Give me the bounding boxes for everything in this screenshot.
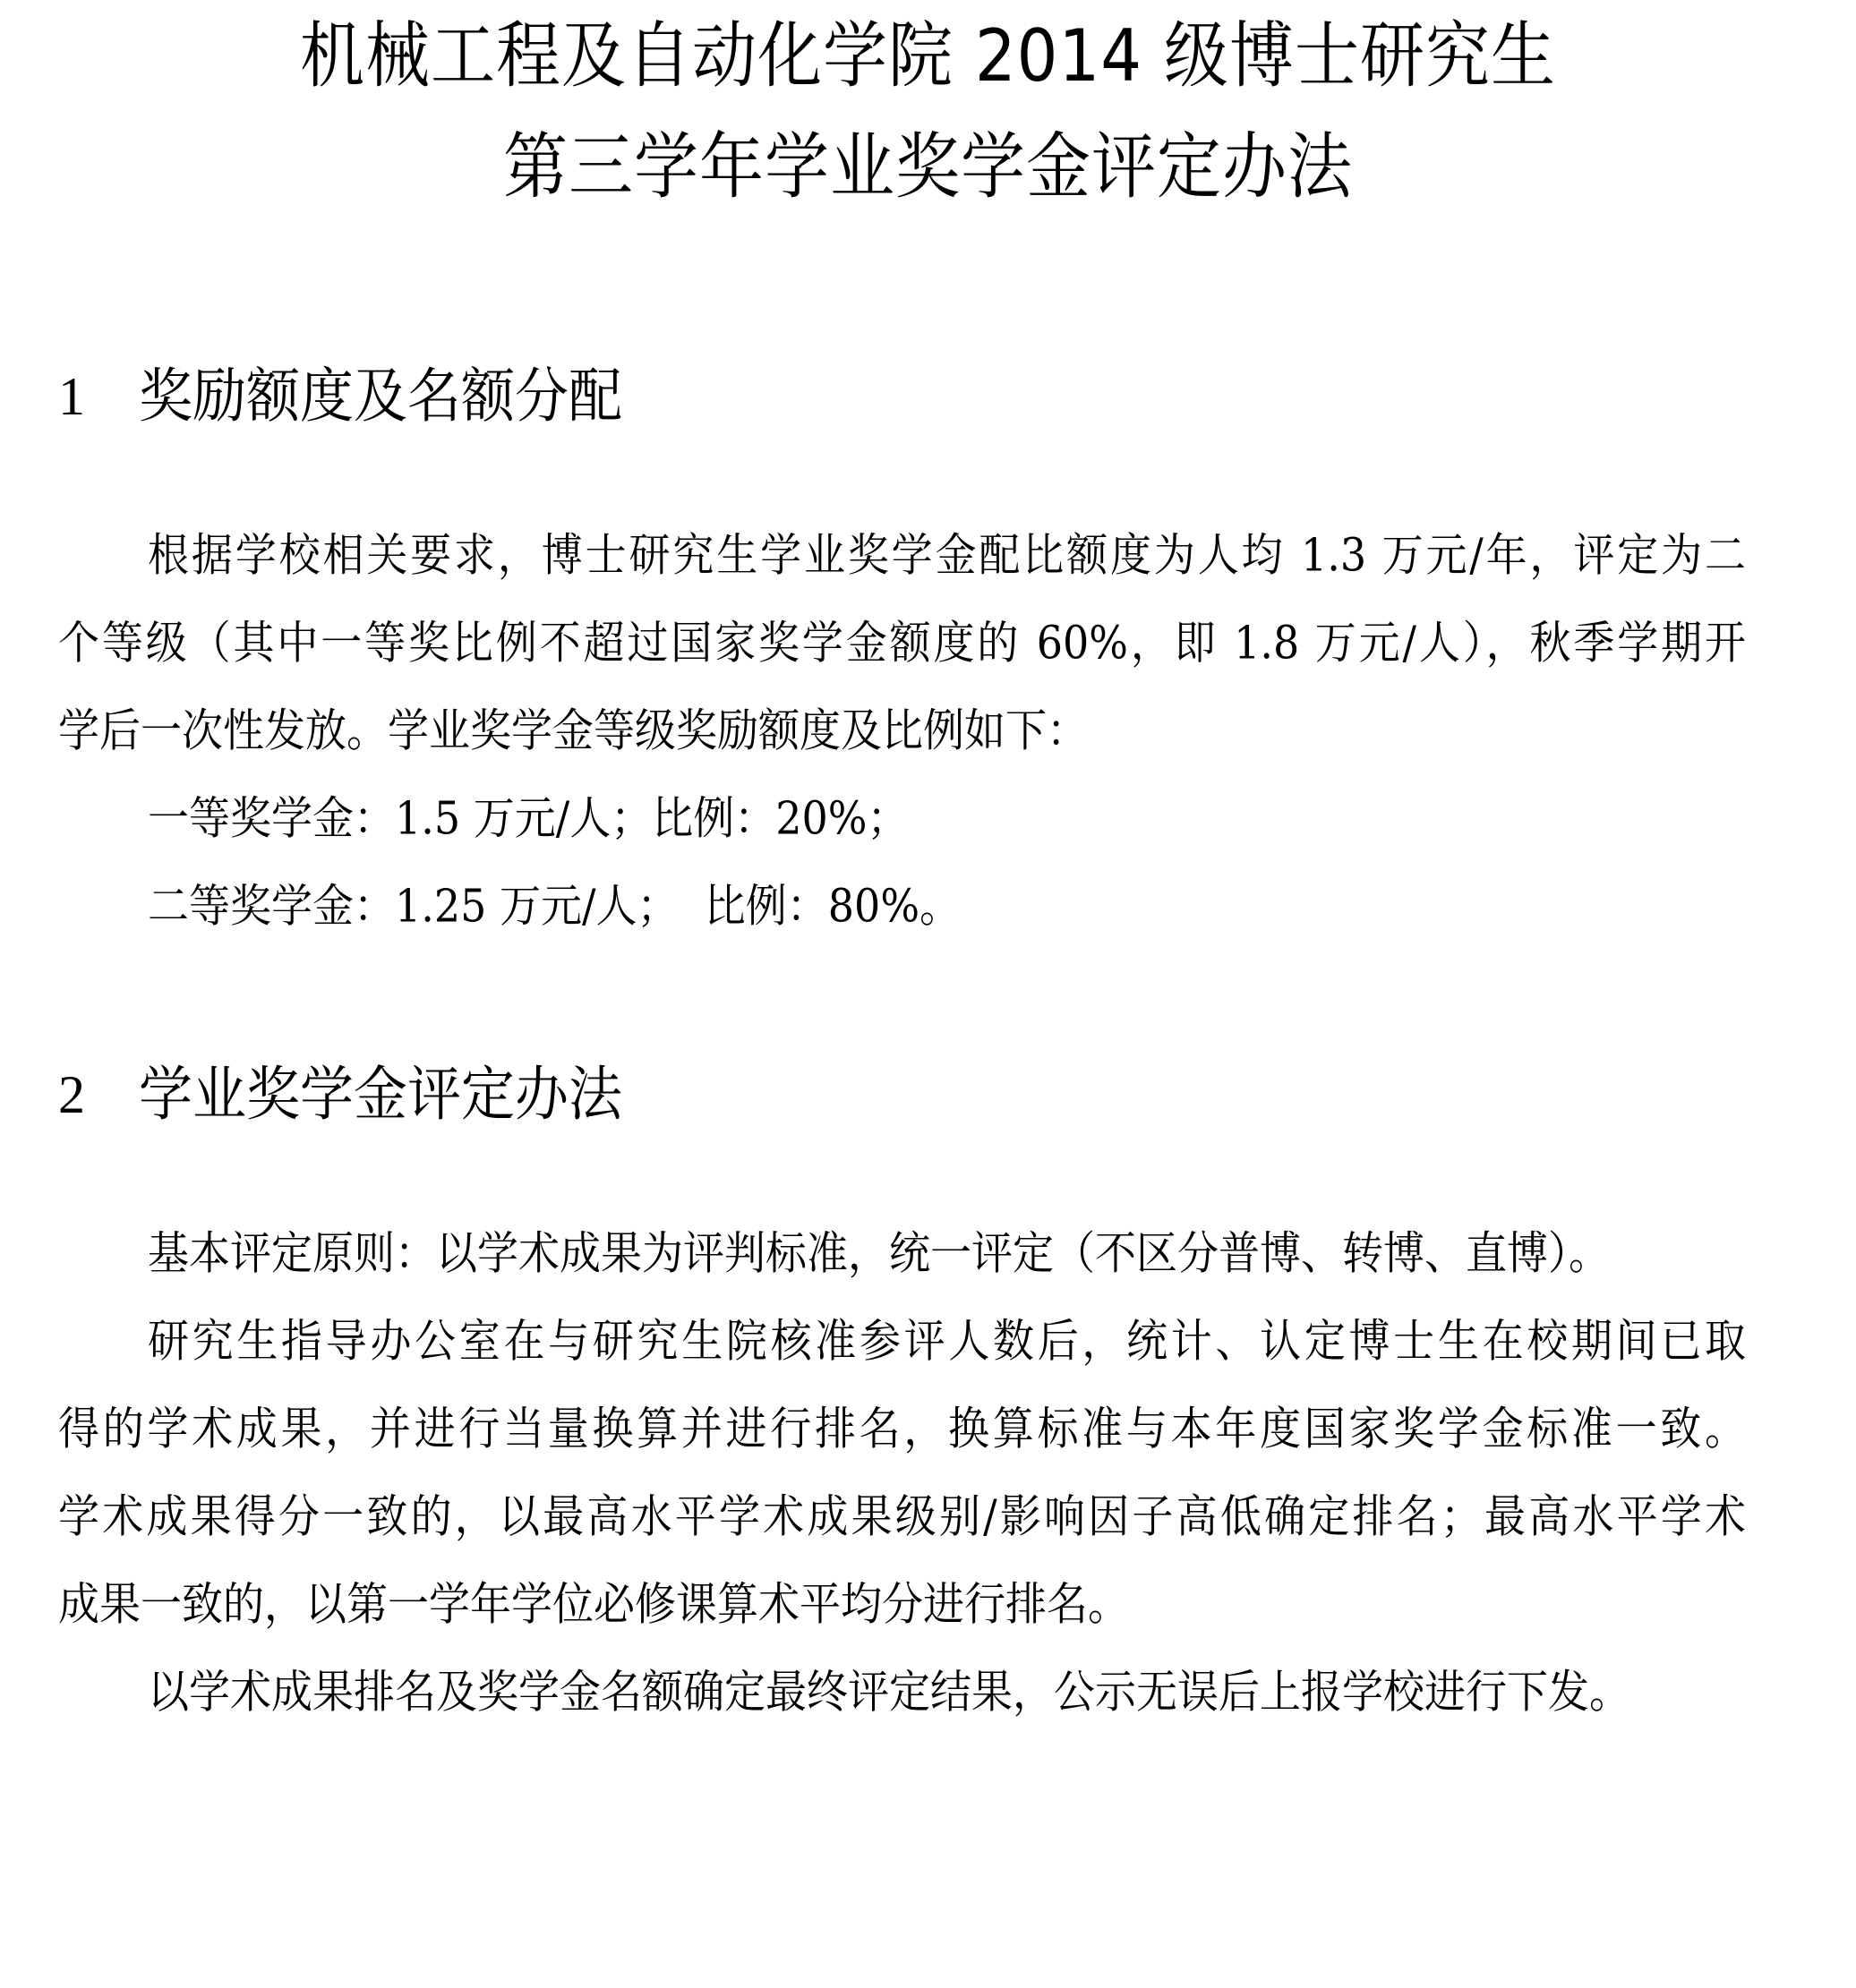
section-2-paragraph-line: 得的学术成果，并进行当量换算并进行排名，换算标准与本年度国家奖学金标准一致。 (58, 1399, 1746, 1458)
section-2-paragraph-line: 以学术成果排名及奖学金名额确定最终评定结果，公示无误后上报学校进行下发。 (58, 1662, 1746, 1721)
section-2-title: 学业奖学金评定办法 (139, 1061, 622, 1130)
section-1-number: 1 (58, 365, 139, 428)
section-2-number: 2 (58, 1063, 139, 1126)
document-title-line-2: 第三学年学业奖学金评定办法 (0, 126, 1856, 207)
section-2-paragraph-line: 学术成果得分一致的，以最高水平学术成果级别/影响因子高低确定排名；最高水平学术 (58, 1487, 1746, 1546)
section-2-paragraph-line: 成果一致的，以第一学年学位必修课算术平均分进行排名。 (58, 1574, 1746, 1634)
section-1-title: 奖励额度及名额分配 (139, 363, 622, 431)
section-1-paragraph-line: 根据学校相关要求，博士研究生学业奖学金配比额度为人均 1.3 万元/年，评定为二 (58, 525, 1746, 584)
section-1-paragraph-line: 学后一次性发放。学业奖学金等级奖励额度及比例如下： (58, 701, 1746, 760)
section-2-paragraph-line: 基本评定原则：以学术成果为评判标准，统一评定（不区分普博、转博、直博）。 (58, 1224, 1746, 1283)
section-2-paragraph-line: 研究生指导办公室在与研究生院核准参评人数后，统计、认定博士生在校期间已取 (58, 1311, 1746, 1370)
award-second-class: 二等奖学金：1.25 万元/人； 比例：80%。 (58, 876, 1746, 935)
award-first-class: 一等奖学金：1.5 万元/人；比例：20%； (58, 789, 1746, 848)
section-1-paragraph-line: 个等级（其中一等奖比例不超过国家奖学金额度的 60%，即 1.8 万元/人），秋… (58, 613, 1746, 672)
section-2-heading: 2 学业奖学金评定办法 (58, 1063, 622, 1126)
section-1-heading: 1 奖励额度及名额分配 (58, 365, 622, 428)
document-title-line-1: 机械工程及自动化学院 2014 级博士研究生 (0, 15, 1856, 96)
